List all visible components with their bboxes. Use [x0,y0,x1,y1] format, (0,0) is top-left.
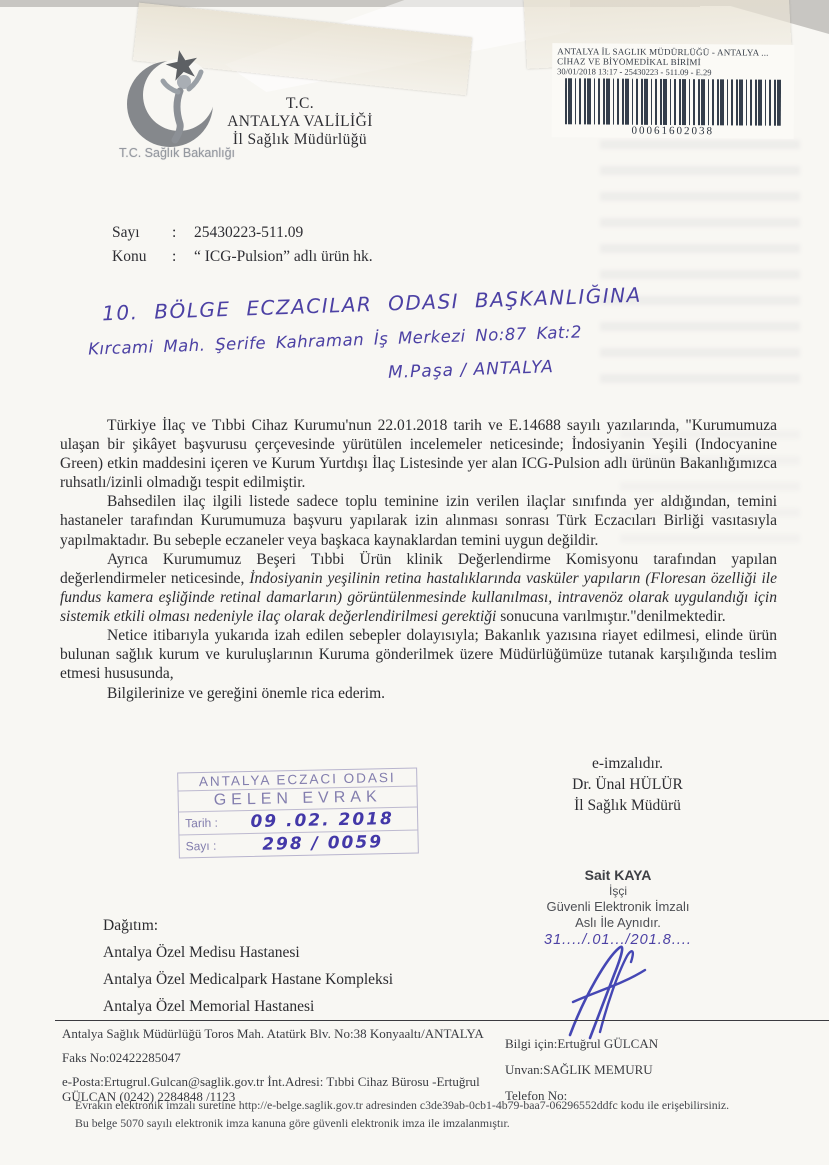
certify-line-secure: Güvenli Elektronik İmzalı [478,899,758,915]
stamp-number-row: Sayı : 298 / 0059 [179,831,417,858]
paragraph-2: Bahsedilen ilaç ilgili listede sadece to… [60,492,777,549]
signer-name: Dr. Ünal HÜLÜR [515,774,740,795]
konu-row: Konu : “ ICG-Pulsion” adlı ürün hk. [112,245,373,269]
sayi-label: Sayı [112,221,172,245]
stamp-date-label: Tarih : [185,815,233,830]
footer-verification-note: Evrakın elektronik imzalı suretine http:… [75,1096,805,1114]
footer-notes: Evrakın elektronik imzalı suretine http:… [75,1096,805,1132]
certify-line-same: Aslı İle Aynıdır. [478,915,758,931]
distribution-item: Antalya Özel Medisu Hastanesi [103,939,393,966]
barcode-icon [565,78,781,126]
reference-block: Sayı : 25430223-511.09 Konu : “ ICG-Puls… [112,221,373,269]
footer-divider [55,1020,829,1021]
barcode-ref-line: 30/01/2018 13:17 - 25430223 - 511.09 - E… [557,66,789,78]
footer-address: Antalya Sağlık Müdürlüğü Toros Mah. Atat… [62,1026,512,1041]
footer-contact: Bilgi için:Ertuğrul GÜLCAN [505,1031,658,1057]
certifier-name: Sait KAYA [478,868,758,884]
paragraph-4: Netice itibarıyla yukarıda izah edilen s… [60,626,777,683]
konu-value: “ ICG-Pulsion” adlı ürün hk. [194,245,373,269]
certified-copy-block: Sait KAYA İşçi Güvenli Elektronik İmzalı… [478,868,758,949]
sayi-separator: : [172,221,194,245]
paragraph-3-end: sonucuna varılmıştır."denilmektedir. [496,608,725,625]
letterhead: T.C. ANTALYA VALİLİĞİ İl Sağlık Müdürlüğ… [185,95,415,149]
scanned-letter: { "scan_label": { "line1": "ANTALYA İL S… [0,0,829,1165]
stamp-number-value: 298 / 0059 [233,832,411,856]
distribution-list: Dağıtım: Antalya Özel Medisu Hastanesi A… [103,912,393,1020]
paragraph-1: Türkiye İlaç ve Tıbbi Cihaz Kurumu'nun 2… [60,416,777,492]
letter-body: Türkiye İlaç ve Tıbbi Cihaz Kurumu'nun 2… [60,416,777,703]
distribution-item: Antalya Özel Medicalpark Hastane Komplek… [103,966,393,993]
letterhead-tc: T.C. [185,95,415,113]
barcode-label: ANTALYA İL SAGLIK MÜDÜRLÜĞÜ - ANTALYA ..… [552,43,795,139]
esignature-block: e-imzalıdır. Dr. Ünal HÜLÜR İl Sağlık Mü… [515,753,740,816]
footer-title: Unvan:SAĞLIK MEMURU [505,1057,658,1083]
letterhead-governorship: ANTALYA VALİLİĞİ [185,113,415,131]
stamp-number-label: Sayı : [186,838,234,853]
konu-separator: : [172,245,194,269]
esign-note: e-imzalıdır. [515,753,740,774]
received-stamp: ANTALYA ECZACI ODASI GELEN EVRAK Tarih :… [177,767,419,858]
stamp-date-value: 09 .02. 2018 [233,809,411,833]
barcode-number: 00061602038 [557,124,789,138]
footer-law-note: Bu belge 5070 sayılı elektronik imza kan… [75,1114,805,1132]
paragraph-3: Ayrıca Kurumumuz Beşeri Tıbbi Ürün klini… [60,550,777,626]
signer-title: İl Sağlık Müdürü [515,795,740,816]
distribution-label: Dağıtım: [103,912,393,939]
sayi-value: 25430223-511.09 [194,221,303,245]
handwritten-signature [545,940,675,1040]
konu-label: Konu [112,245,172,269]
distribution-item: Antalya Özel Memorial Hastanesi [103,993,393,1020]
closing-sentence: Bilgilerinize ve gereğini önemle rica ed… [60,684,777,703]
sayi-row: Sayı : 25430223-511.09 [112,221,373,245]
letterhead-directorate: İl Sağlık Müdürlüğü [185,131,415,149]
footer-fax: Faks No:02422285047 [62,1050,512,1065]
certifier-title: İşçi [478,884,758,900]
bleed-through-text [600,140,800,400]
